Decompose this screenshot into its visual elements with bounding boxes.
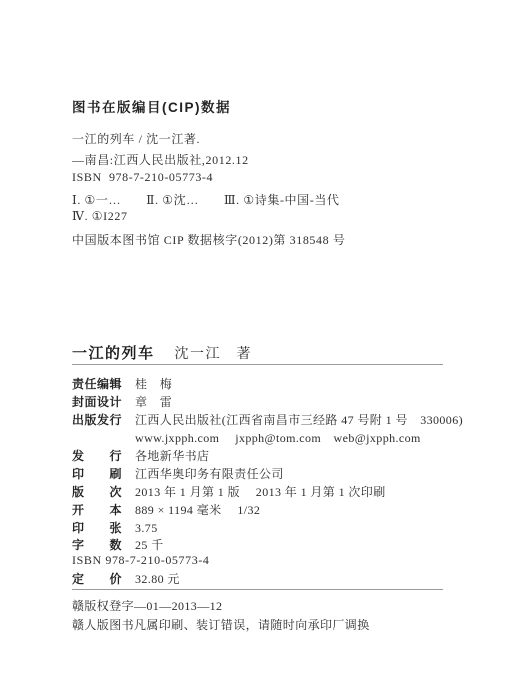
row-value: 32.80 元 [135, 570, 180, 587]
row-label: 版 次 [72, 483, 135, 500]
cip-line: 一江的列车 / 沈一江著. [72, 130, 200, 147]
row-value: 江西人民出版社(江西省南昌市三经路 47 号附 1 号 330006) [135, 411, 463, 428]
row-value: 3.75 [135, 521, 158, 536]
row-value: www.jxpph.com jxpph@tom.com web@jxpph.co… [135, 429, 421, 446]
cip-line: ISBN 978-7-210-05773-4 [72, 170, 213, 185]
cip-record-number: 中国版本图书馆 CIP 数据核字(2012)第 318548 号 [72, 231, 345, 248]
colophon-row: 封面设计 章 雷 [72, 393, 452, 410]
row-label: 出版发行 [72, 411, 135, 428]
colophon-row: 版 次 2013 年 1 月第 1 版 2013 年 1 月第 1 次印刷 [72, 483, 452, 500]
row-value: 25 千 [135, 536, 164, 553]
row-value: 889 × 1194 毫米 1/32 [135, 501, 260, 518]
row-label: 封面设计 [72, 393, 135, 410]
title-block: 一江的列车 沈一江 著 [72, 342, 252, 363]
row-value: 江西华奥印务有限责任公司 [135, 465, 284, 482]
colophon-row: www.jxpph.com jxpph@tom.com web@jxpph.co… [72, 429, 452, 446]
colophon-row: 印 张 3.75 [72, 519, 452, 536]
copyright-page: 图书在版编目(CIP)数据 一江的列车 / 沈一江著. —南昌:江西人民出版社,… [0, 0, 510, 680]
colophon-row: 出版发行 江西人民出版社(江西省南昌市三经路 47 号附 1 号 330006) [72, 411, 452, 428]
colophon-row: 发 行 各地新华书店 [72, 447, 452, 464]
misprint-exchange-note: 赣人版图书凡属印刷、装订错误，请随时向承印厂调换 [72, 616, 370, 633]
row-value: 桂 梅 [135, 375, 172, 392]
row-value: 章 雷 [135, 393, 172, 410]
colophon-row: 开 本 889 × 1194 毫米 1/32 [72, 501, 452, 518]
row-label: 印 刷 [72, 465, 135, 482]
row-label: 定 价 [72, 570, 135, 587]
row-label: 开 本 [72, 501, 135, 518]
cip-line: Ⅰ. ①一… Ⅱ. ①沈… Ⅲ. ①诗集-中国-当代 [72, 191, 340, 208]
colophon-row: 字 数 25 千 [72, 536, 452, 553]
colophon-row: 定 价 32.80 元 [72, 570, 452, 587]
divider [72, 589, 443, 590]
book-title: 一江的列车 [72, 342, 155, 363]
cip-heading: 图书在版编目(CIP)数据 [72, 96, 231, 116]
isbn-text: ISBN 978-7-210-05773-4 [72, 553, 210, 568]
row-value: 各地新华书店 [135, 447, 209, 464]
book-author: 沈一江 著 [175, 343, 253, 363]
colophon-row-isbn: ISBN 978-7-210-05773-4 [72, 553, 452, 568]
cip-line: —南昌:江西人民出版社,2012.12 [72, 151, 249, 168]
colophon-row: 责任编辑 桂 梅 [72, 375, 452, 392]
row-label: 责任编辑 [72, 375, 135, 392]
row-value: 2013 年 1 月第 1 版 2013 年 1 月第 1 次印刷 [135, 483, 386, 500]
row-label: 印 张 [72, 519, 135, 536]
row-label: 发 行 [72, 447, 135, 464]
copyright-registration-note: 赣版权登字—01—2013—12 [72, 597, 222, 614]
colophon-row: 印 刷 江西华奥印务有限责任公司 [72, 465, 452, 482]
cip-line: Ⅳ. ①I227 [72, 209, 128, 224]
row-label: 字 数 [72, 536, 135, 553]
divider [72, 364, 443, 365]
